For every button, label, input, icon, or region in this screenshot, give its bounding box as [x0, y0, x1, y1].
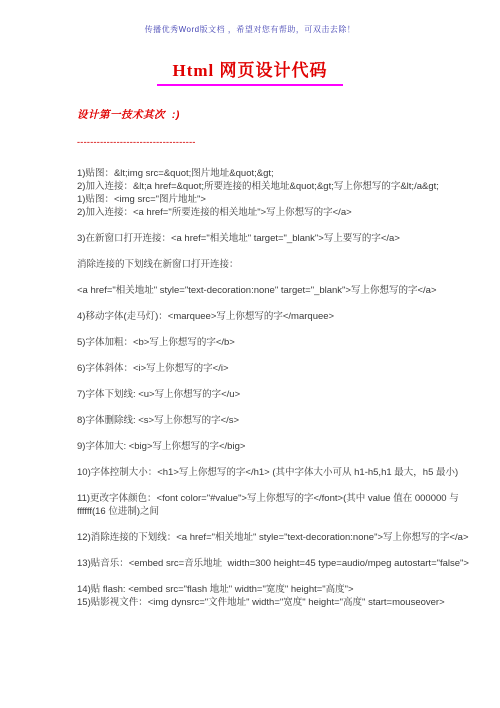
doc-line: 15)贴影视文件：<img dynsrc="文件地址" width="宽度" h… — [77, 596, 472, 609]
doc-line: 6)字体斜体：<i>写上你想写的字</i> — [77, 362, 472, 375]
doc-line: 3)在新窗口打开连接：<a href="相关地址" target="_blank… — [77, 232, 472, 245]
doc-line: 12)消除连接的下划线：<a href="相关地址" style="text-d… — [77, 531, 472, 544]
doc-line: 4)移动字体(走马灯)：<marquee>写上你想写的字</marquee> — [77, 310, 472, 323]
doc-body: 1)贴图：&lt;img src=&quot;图片地址&quot;&gt; 2)… — [77, 167, 472, 609]
title-container: Html 网页设计代码 — [0, 56, 500, 86]
doc-line: 13)贴音乐：<embed src=音乐地址 width=300 height=… — [77, 557, 472, 570]
page-title: Html 网页设计代码 — [157, 56, 342, 86]
doc-line: 11)更改字体颜色：<font color="#value">写上你想写的字</… — [77, 492, 472, 518]
doc-line: <a href="相关地址" style="text-decoration:no… — [77, 284, 472, 297]
doc-line: 1)贴图：<img src="图片地址"> — [77, 193, 472, 206]
word-document-page: 传播优秀Word版文档 ，希望对您有帮助，可双击去除！ Html 网页设计代码 … — [0, 0, 500, 708]
doc-line: 9)字体加大: <big>写上你想写的字</big> — [77, 440, 472, 453]
doc-line: 7)字体下划线: <u>写上你想写的字</u> — [77, 388, 472, 401]
doc-line: 2)加入连接：<a href="所要连接的相关地址">写上你想写的字</a> — [77, 206, 472, 219]
doc-line: 10)字体控制大小：<h1>写上你想写的字</h1> (其中字体大小可从 h1-… — [77, 466, 472, 479]
doc-line: 2)加入连接：&lt;a href=&quot;所要连接的相关地址&quot;&… — [77, 180, 472, 193]
doc-subtitle: 设计第一技术其次 :) — [77, 107, 500, 122]
doc-line: 1)贴图：&lt;img src=&quot;图片地址&quot;&gt; — [77, 167, 472, 180]
doc-line: 消除连接的下划线在新窗口打开连接： — [77, 258, 472, 271]
doc-line: 8)字体删除线: <s>写上你想写的字</s> — [77, 414, 472, 427]
doc-line: 14)贴 flash: <embed src="flash 地址" width=… — [77, 583, 472, 596]
doc-notice[interactable]: 传播优秀Word版文档 ，希望对您有帮助，可双击去除！ — [0, 24, 500, 35]
dashed-divider: ------------------------------------ — [77, 137, 500, 147]
doc-line: 5)字体加粗：<b>写上你想写的字</b> — [77, 336, 472, 349]
